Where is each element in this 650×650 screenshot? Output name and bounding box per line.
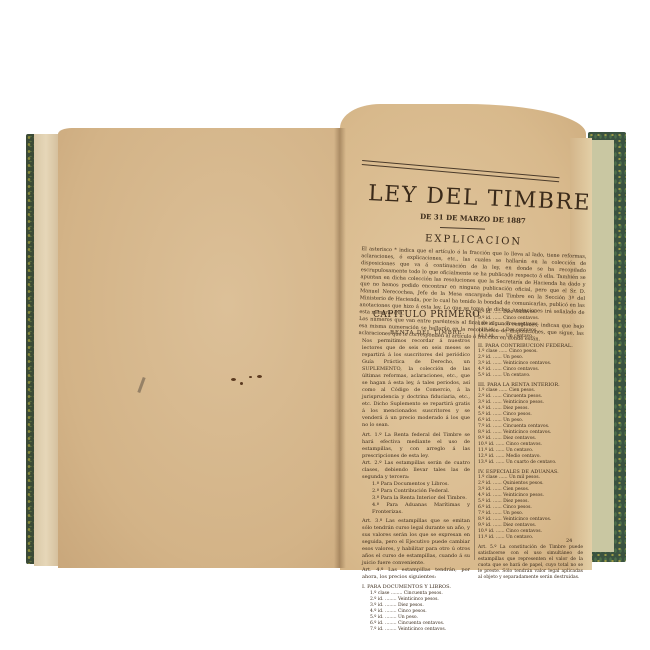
book-photo: LEY DEL TIMBRE DE 31 DE MARZO DE 1887 EX… bbox=[0, 0, 650, 650]
notice-text: Nos permitimos recordar á nuestros lecto… bbox=[362, 338, 470, 429]
article-4: Art. 4.º Las estampillas tendrán, por ah… bbox=[362, 567, 470, 581]
section-iii-rates: 1.º clase ...... Cien pesos. 2.º id. ...… bbox=[478, 388, 583, 466]
class-4: 4.º Para Aduanas Marítimas y Fronterizas… bbox=[362, 502, 470, 516]
stain bbox=[231, 378, 236, 381]
article-5: Art. 5.º La constitución de Timbre puede… bbox=[478, 545, 583, 581]
chapter-title: CAPITULO PRIMERO bbox=[373, 310, 480, 320]
rate-row: 13.º id. ...... Un cuarto de centavo. bbox=[478, 460, 583, 466]
left-column: Nos permitimos recordar á nuestros lecto… bbox=[362, 338, 470, 633]
class-3: 3.º Para la Renta Interior del Timbre. bbox=[362, 495, 470, 502]
section-iv-rates: 1.º clase ...... Un mil pesos. 2.º id. .… bbox=[478, 475, 583, 541]
article-2: Art. 2.º Las estampillas serán de cuatro… bbox=[362, 460, 470, 481]
article-1: Art. 1.º La Renta federal del Timbre se … bbox=[362, 432, 470, 460]
section-i-title: I. PARA DOCUMENTOS Y LIBROS. bbox=[362, 584, 470, 591]
left-page bbox=[58, 128, 340, 568]
stain bbox=[240, 382, 243, 385]
section-ii-rates: 1.º clase ...... Cinco pesos. 2.º id. ..… bbox=[478, 349, 583, 379]
stain bbox=[257, 375, 262, 378]
page-number: 24 bbox=[566, 538, 572, 544]
book-gutter bbox=[334, 128, 346, 568]
section-i-cont-rates: 8.º id. ...... Diez centavos. 9.º id. ..… bbox=[478, 310, 583, 340]
column-separator bbox=[474, 312, 475, 560]
stain bbox=[249, 376, 252, 378]
rate-row: 12.º id. ...... Un centavo. bbox=[478, 334, 583, 340]
section-i-rates: 1.º clase ........ Cincuenta pesos. 2.º … bbox=[362, 591, 470, 633]
class-2: 2.º Para Contribución Federal. bbox=[362, 488, 470, 495]
chapter-subtitle: RENTA DEL TIMBRE. bbox=[390, 330, 465, 336]
class-1: 1.º Para Documentos y Libros. bbox=[362, 481, 470, 488]
rate-row: 7.º id. ........ Veinticinco centavos. bbox=[370, 627, 470, 633]
intro-text: El asterisco * indica que el artículo ó … bbox=[359, 246, 586, 317]
rate-row: 5.º id. ...... Un centavo. bbox=[478, 373, 583, 379]
article-3: Art. 3.º Las estampillas que se emitan s… bbox=[362, 518, 470, 567]
